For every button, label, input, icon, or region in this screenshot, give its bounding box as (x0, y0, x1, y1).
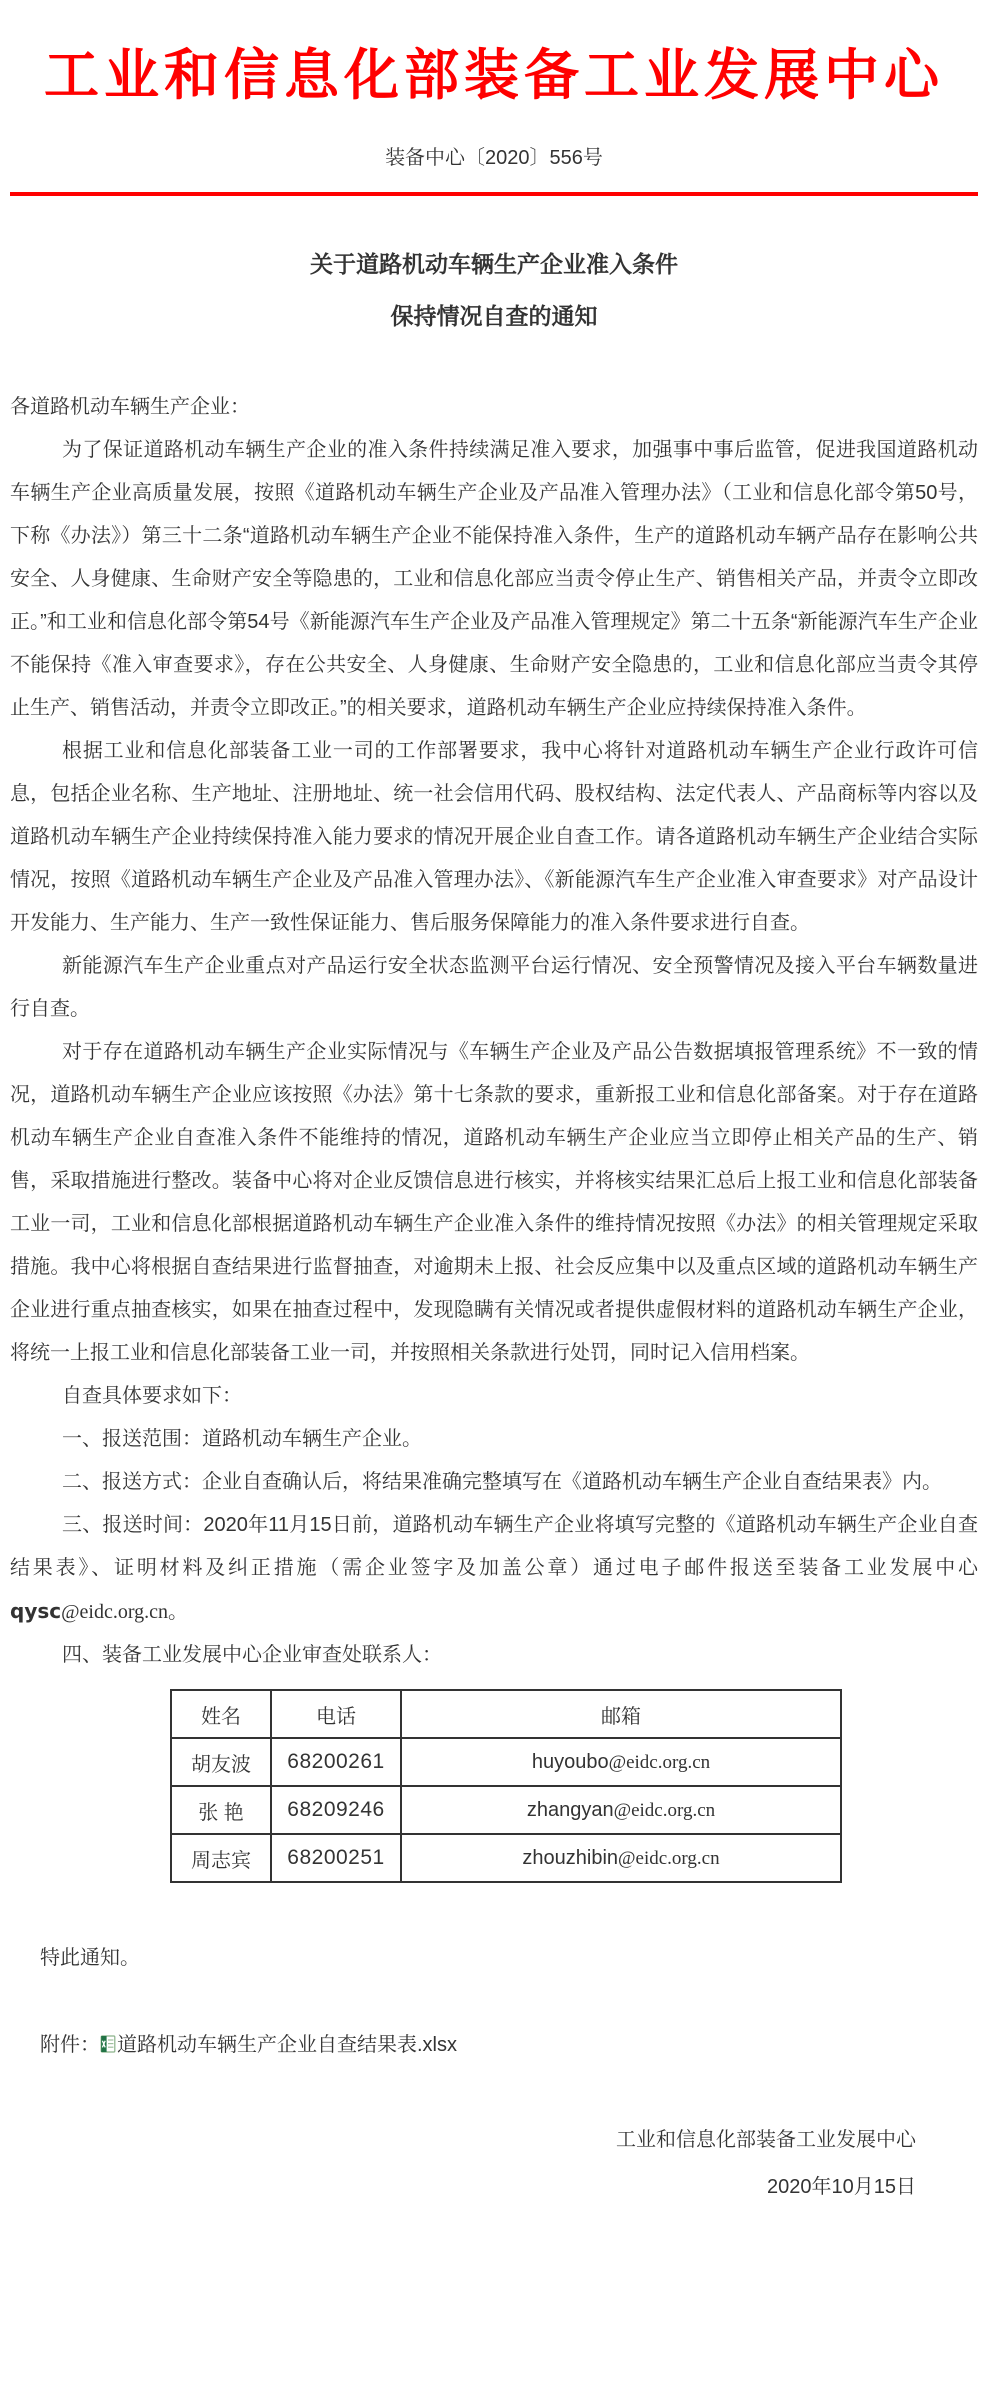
contact-phone: 68200261 (271, 1738, 401, 1786)
body-paragraph: 新能源汽车生产企业重点对产品运行安全状态监测平台运行情况、安全预警情况及接入平台… (10, 945, 978, 1031)
salutation: 各道路机动车辆生产企业： (10, 386, 978, 429)
attachment-line: 附件：道路机动车辆生产企业自查结果表.xlsx (10, 2024, 978, 2069)
body-paragraph: 对于存在道路机动车辆生产企业实际情况与《车辆生产企业及产品公告数据填报管理系统》… (10, 1031, 978, 1375)
contact-name: 周志宾 (171, 1834, 271, 1882)
contact-phone: 68209246 (271, 1786, 401, 1834)
requirement-item-2: 二、报送方式：企业自查确认后，将结果准确完整填写在《道路机动车辆生产企业自查结果… (10, 1461, 978, 1504)
closing-line: 特此通知。 (10, 1937, 978, 1980)
notice-title-line1: 关于道路机动车辆生产企业准入条件 (10, 238, 978, 290)
table-row: 周志宾 68200251 zhouzhibin@eidc.org.cn (171, 1834, 841, 1882)
table-row: 胡友波 68200261 huyoubo@eidc.org.cn (171, 1738, 841, 1786)
column-header-phone: 电话 (271, 1690, 401, 1738)
notice-title: 关于道路机动车辆生产企业准入条件 保持情况自查的通知 (10, 238, 978, 342)
document-page: 工业和信息化部装备工业发展中心 装备中心〔2020〕556号 关于道路机动车辆生… (0, 0, 1006, 2387)
signature-date: 2020年10月15日 (10, 2164, 916, 2211)
table-header-row: 姓名 电话 邮箱 (171, 1690, 841, 1738)
excel-file-icon (100, 2026, 116, 2069)
notice-title-line2: 保持情况自查的通知 (10, 290, 978, 342)
requirement-item-3: 三、报送时间：2020年11月15日前，道路机动车辆生产企业将填写完整的《道路机… (10, 1504, 978, 1634)
signature-org: 工业和信息化部装备工业发展中心 (10, 2117, 916, 2164)
contact-email: zhangyan@eidc.org.cn (401, 1786, 841, 1834)
column-header-name: 姓名 (171, 1690, 271, 1738)
requirement-item-3-text: 三、报送时间：2020年11月15日前，道路机动车辆生产企业将填写完整的《道路机… (10, 1514, 978, 1579)
contact-name: 张 艳 (171, 1786, 271, 1834)
submission-email-domain: @eidc.org.cn。 (61, 1601, 188, 1623)
signature-block: 工业和信息化部装备工业发展中心 2020年10月15日 (10, 2117, 978, 2211)
requirement-item-1: 一、报送范围：道路机动车辆生产企业。 (10, 1418, 978, 1461)
org-title: 工业和信息化部装备工业发展中心 (10, 44, 978, 107)
column-header-email: 邮箱 (401, 1690, 841, 1738)
body-paragraph: 为了保证道路机动车辆生产企业的准入条件持续满足准入要求，加强事中事后监管，促进我… (10, 429, 978, 730)
doc-number: 装备中心〔2020〕556号 (10, 141, 978, 170)
contact-phone: 68200251 (271, 1834, 401, 1882)
contacts-table: 姓名 电话 邮箱 胡友波 68200261 huyoubo@eidc.org.c… (170, 1689, 842, 1883)
body-paragraph: 根据工业和信息化部装备工业一司的工作部署要求，我中心将针对道路机动车辆生产企业行… (10, 730, 978, 945)
contact-email: zhouzhibin@eidc.org.cn (401, 1834, 841, 1882)
submission-email-local: qysc (10, 1599, 61, 1623)
requirement-item-4: 四、装备工业发展中心企业审查处联系人： (10, 1634, 978, 1677)
red-divider (10, 192, 978, 196)
attachment-file-name: 道路机动车辆生产企业自查结果表.xlsx (117, 2034, 457, 2056)
requirements-intro: 自查具体要求如下： (10, 1375, 978, 1418)
contact-name: 胡友波 (171, 1738, 271, 1786)
contact-email: huyoubo@eidc.org.cn (401, 1738, 841, 1786)
attachment-label: 附件： (40, 2034, 100, 2056)
table-row: 张 艳 68209246 zhangyan@eidc.org.cn (171, 1786, 841, 1834)
attachment-link[interactable]: 道路机动车辆生产企业自查结果表.xlsx (100, 2034, 457, 2056)
